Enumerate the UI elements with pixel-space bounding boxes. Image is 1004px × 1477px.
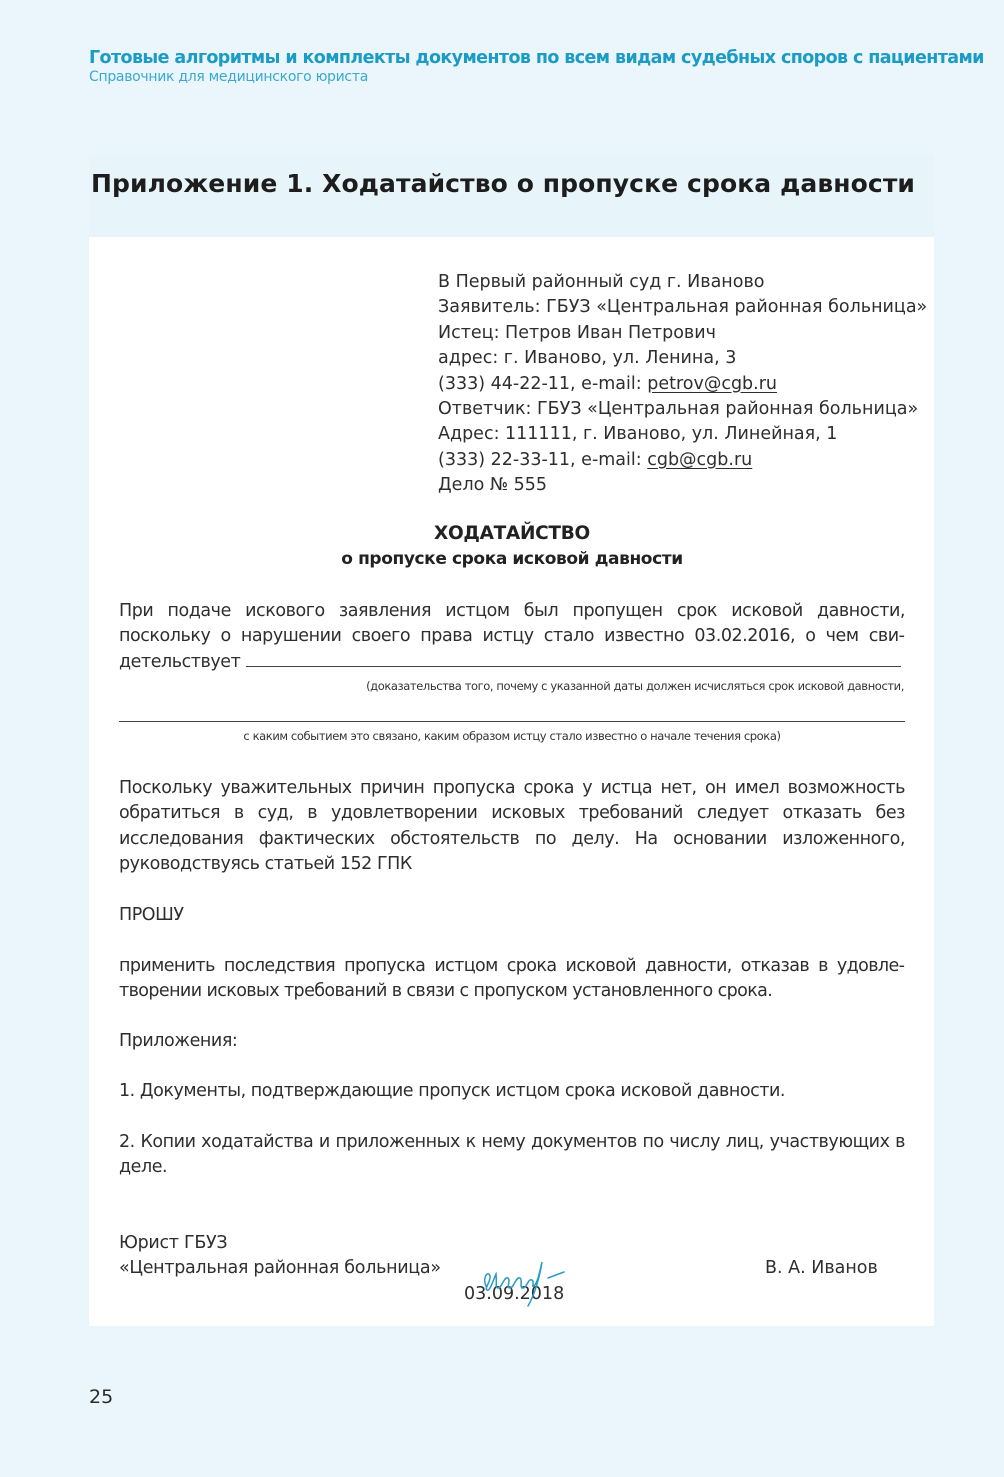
addressee-line: Истец: Петров Иван Петрович	[438, 321, 927, 346]
signer-name: В. А. Иванов	[765, 1256, 878, 1281]
defendant-phone: (333) 22-33-11, e-mail:	[438, 450, 647, 470]
fill-hint: с каким событием это связано, каким обра…	[119, 729, 905, 743]
case-number: Дело № 555	[438, 473, 927, 498]
book-subtitle: Справочник для медицинского юриста	[89, 69, 984, 85]
page-title: Приложение 1. Ходатайство о пропуске сро…	[91, 169, 915, 198]
plaintiff-phone: (333) 44-22-11, e-mail:	[438, 374, 647, 394]
handwritten-signature-icon	[478, 1248, 570, 1310]
paragraph-reason: При подаче искового заявления истцом был…	[119, 599, 905, 675]
addressee-line: Ответчик: ГБУЗ «Центральная районная бол…	[438, 397, 927, 422]
paragraph-argument: Поскольку уважительных причин пропуска с…	[119, 776, 905, 878]
addressee-line: Заявитель: ГБУЗ «Центральная районная бо…	[438, 295, 927, 320]
paragraph-request-word: ПРОШУ	[119, 903, 905, 928]
defendant-contact: (333) 22-33-11, e-mail: cgb@cgb.ru	[438, 448, 927, 473]
attachment-item: 2. Копии ходатайства и приложенных к нем…	[119, 1130, 905, 1181]
fill-in-line	[119, 721, 905, 722]
attachments-label: Приложения:	[119, 1029, 905, 1054]
signer-position: Юрист ГБУЗ «Центральная районная больниц…	[119, 1231, 441, 1282]
fill-in-line	[246, 652, 901, 667]
signer-organization: «Центральная районная больница»	[119, 1256, 441, 1281]
addressee-line: адрес: г. Иваново, ул. Ленина, 3	[438, 346, 927, 371]
document-subheading: о пропуске срока исковой давности	[119, 549, 905, 569]
plaintiff-email-link[interactable]: petrov@cgb.ru	[647, 374, 777, 394]
attachment-item: 1. Документы, подтверждающие пропуск ист…	[119, 1079, 905, 1104]
defendant-email-link[interactable]: cgb@cgb.ru	[647, 450, 752, 470]
paragraph-request: применить последствия пропуска истцом ср…	[119, 954, 905, 1005]
addressee-line: Адрес: 111111, г. Иваново, ул. Линейная,…	[438, 422, 927, 447]
book-title: Готовые алгоритмы и комплекты документов…	[89, 48, 984, 68]
plaintiff-contact: (333) 44-22-11, e-mail: petrov@cgb.ru	[438, 372, 927, 397]
addressee-line: В Первый районный суд г. Иваново	[438, 270, 927, 295]
signer-title: Юрист ГБУЗ	[119, 1231, 441, 1256]
document-heading: ХОДАТАЙСТВО	[119, 523, 905, 544]
page-number: 25	[89, 1386, 113, 1408]
addressee-block: В Первый районный суд г. Иваново Заявите…	[438, 270, 927, 499]
fill-hint: (доказательства того, почему с указанной…	[366, 679, 904, 693]
running-head: Готовые алгоритмы и комплекты документов…	[89, 48, 984, 85]
